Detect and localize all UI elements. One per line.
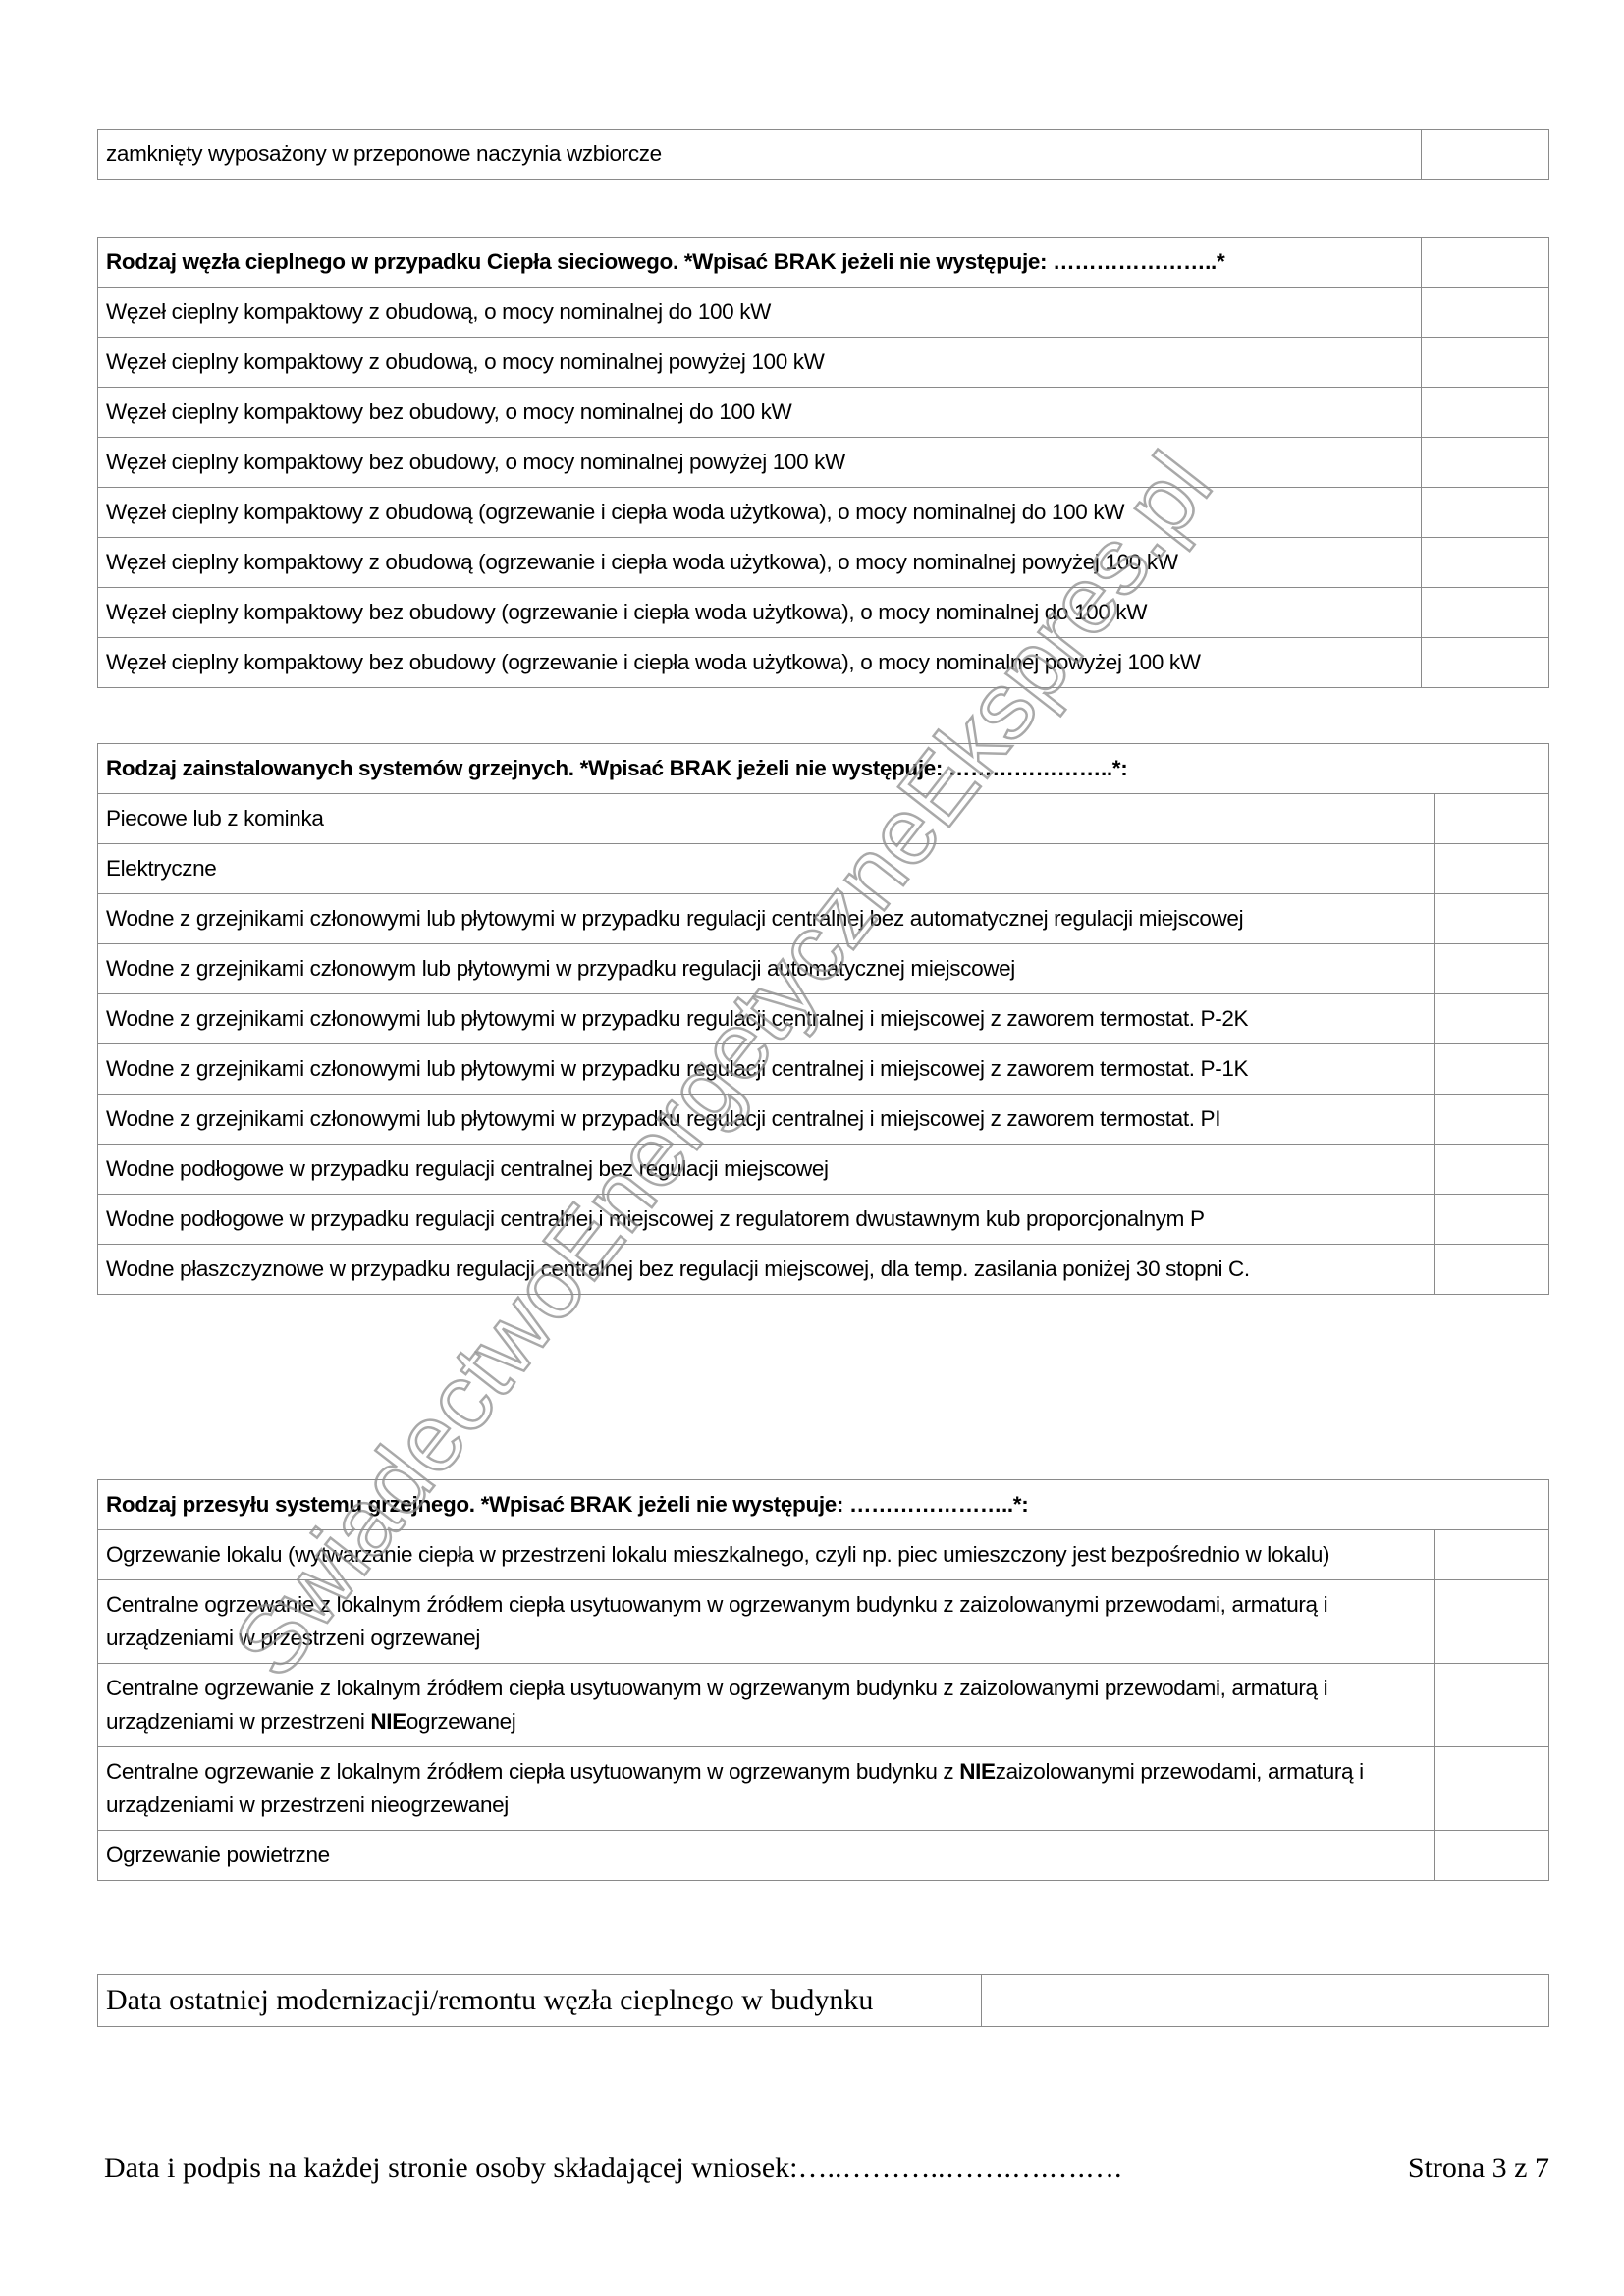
row-label: Wodne z grzejnikami członowymi lub płyto… bbox=[98, 894, 1435, 944]
heating-system-continuation-table: zamknięty wyposażony w przeponowe naczyn… bbox=[97, 129, 1549, 180]
row-input-cell[interactable] bbox=[1435, 1095, 1549, 1145]
row-label: Piecowe lub z kominka bbox=[98, 794, 1435, 844]
table-row: zamknięty wyposażony w przeponowe naczyn… bbox=[98, 130, 1549, 180]
row-label: Wodne podłogowe w przypadku regulacji ce… bbox=[98, 1195, 1435, 1245]
table-header: Rodzaj przesyłu systemu grzejnego. *Wpis… bbox=[98, 1480, 1549, 1530]
table-row: Data ostatniej modernizacji/remontu węzł… bbox=[98, 1975, 1549, 2027]
row-label: Wodne z grzejnikami członowym lub płytow… bbox=[98, 944, 1435, 994]
table-row: Wodne podłogowe w przypadku regulacji ce… bbox=[98, 1145, 1549, 1195]
row-label: Wodne podłogowe w przypadku regulacji ce… bbox=[98, 1145, 1435, 1195]
page-footer: Data i podpis na każdej stronie osoby sk… bbox=[104, 2152, 1549, 2185]
row-label: zamknięty wyposażony w przeponowe naczyn… bbox=[98, 130, 1422, 180]
table-row: Wodne płaszczyznowe w przypadku regulacj… bbox=[98, 1245, 1549, 1295]
row-input-cell[interactable] bbox=[1435, 894, 1549, 944]
row-input-cell[interactable] bbox=[1422, 288, 1549, 338]
table-row: Elektryczne bbox=[98, 844, 1549, 894]
row-input-cell[interactable] bbox=[1422, 638, 1549, 688]
row-label: Węzeł cieplny kompaktowy z obudową, o mo… bbox=[98, 338, 1422, 388]
row-input-cell[interactable] bbox=[1435, 944, 1549, 994]
row-label: Węzeł cieplny kompaktowy z obudową (ogrz… bbox=[98, 538, 1422, 588]
row-input-cell[interactable] bbox=[1435, 1245, 1549, 1295]
table-row: Wodne z grzejnikami członowym lub płytow… bbox=[98, 944, 1549, 994]
table-row: Ogrzewanie powietrzne bbox=[98, 1831, 1549, 1881]
modernization-date-field[interactable] bbox=[982, 1975, 1549, 2027]
row-label: Węzeł cieplny kompaktowy bez obudowy, o … bbox=[98, 438, 1422, 488]
row-input-cell[interactable] bbox=[1435, 1747, 1549, 1831]
table-row: Ogrzewanie lokalu (wytwarzanie ciepła w … bbox=[98, 1530, 1549, 1580]
row-label: Wodne z grzejnikami członowymi lub płyto… bbox=[98, 1044, 1435, 1095]
row-label: Węzeł cieplny kompaktowy bez obudowy (og… bbox=[98, 638, 1422, 688]
row-input-cell[interactable] bbox=[1422, 388, 1549, 438]
row-input-cell[interactable] bbox=[1435, 1195, 1549, 1245]
row-input-cell[interactable] bbox=[1435, 1044, 1549, 1095]
table-row: Węzeł cieplny kompaktowy bez obudowy (og… bbox=[98, 588, 1549, 638]
row-input-cell[interactable] bbox=[1435, 1664, 1549, 1747]
modernization-date-label: Data ostatniej modernizacji/remontu węzł… bbox=[98, 1975, 982, 2027]
row-label-after: ogrzewanej bbox=[406, 1709, 516, 1734]
row-input-cell[interactable] bbox=[1435, 1145, 1549, 1195]
row-label: Węzeł cieplny kompaktowy bez obudowy (og… bbox=[98, 588, 1422, 638]
row-label: Węzeł cieplny kompaktowy z obudową, o mo… bbox=[98, 288, 1422, 338]
table-row: Centralne ogrzewanie z lokalnym źródłem … bbox=[98, 1580, 1549, 1664]
row-input-cell[interactable] bbox=[1435, 1530, 1549, 1580]
row-input-cell[interactable] bbox=[1435, 844, 1549, 894]
row-input-cell[interactable] bbox=[1422, 438, 1549, 488]
row-input-cell[interactable] bbox=[1435, 1580, 1549, 1664]
header-input-cell[interactable] bbox=[1422, 238, 1549, 288]
table-row: Węzeł cieplny kompaktowy bez obudowy, o … bbox=[98, 388, 1549, 438]
table-row: Centralne ogrzewanie z lokalnym źródłem … bbox=[98, 1747, 1549, 1831]
row-input-cell[interactable] bbox=[1435, 1831, 1549, 1881]
table-header-row: Rodzaj przesyłu systemu grzejnego. *Wpis… bbox=[98, 1480, 1549, 1530]
table-row: Wodne z grzejnikami członowymi lub płyto… bbox=[98, 894, 1549, 944]
row-label: Centralne ogrzewanie z lokalnym źródłem … bbox=[98, 1580, 1435, 1664]
row-label: Węzeł cieplny kompaktowy z obudową (ogrz… bbox=[98, 488, 1422, 538]
modernization-date-table: Data ostatniej modernizacji/remontu węzł… bbox=[97, 1974, 1549, 2027]
signature-line[interactable]: Data i podpis na każdej stronie osoby sk… bbox=[104, 2152, 1121, 2185]
table-row: Piecowe lub z kominka bbox=[98, 794, 1549, 844]
row-label: Ogrzewanie powietrzne bbox=[98, 1831, 1435, 1881]
row-input-cell[interactable] bbox=[1422, 588, 1549, 638]
row-label-emphasis: NIE bbox=[370, 1709, 406, 1734]
table-row: Węzeł cieplny kompaktowy z obudową (ogrz… bbox=[98, 538, 1549, 588]
table-row: Wodne z grzejnikami członowymi lub płyto… bbox=[98, 1095, 1549, 1145]
table-row: Centralne ogrzewanie z lokalnym źródłem … bbox=[98, 1664, 1549, 1747]
row-input-cell[interactable] bbox=[1422, 488, 1549, 538]
row-input-cell[interactable] bbox=[1422, 338, 1549, 388]
row-input-cell[interactable] bbox=[1435, 794, 1549, 844]
row-label: Centralne ogrzewanie z lokalnym źródłem … bbox=[98, 1664, 1435, 1747]
row-label-before: Centralne ogrzewanie z lokalnym źródłem … bbox=[106, 1759, 959, 1784]
table-row: Węzeł cieplny kompaktowy z obudową, o mo… bbox=[98, 338, 1549, 388]
table-header: Rodzaj węzła cieplnego w przypadku Ciepł… bbox=[98, 238, 1422, 288]
row-label: Wodne z grzejnikami członowymi lub płyto… bbox=[98, 1095, 1435, 1145]
row-label: Wodne z grzejnikami członowymi lub płyto… bbox=[98, 994, 1435, 1044]
row-label: Wodne płaszczyznowe w przypadku regulacj… bbox=[98, 1245, 1435, 1295]
heat-transfer-table: Rodzaj przesyłu systemu grzejnego. *Wpis… bbox=[97, 1479, 1549, 1881]
heating-systems-table: Rodzaj zainstalowanych systemów grzejnyc… bbox=[97, 743, 1549, 1295]
row-label: Węzeł cieplny kompaktowy bez obudowy, o … bbox=[98, 388, 1422, 438]
table-header-row: Rodzaj zainstalowanych systemów grzejnyc… bbox=[98, 744, 1549, 794]
table-row: Węzeł cieplny kompaktowy z obudową, o mo… bbox=[98, 288, 1549, 338]
row-label-before: Centralne ogrzewanie z lokalnym źródłem … bbox=[106, 1676, 1327, 1734]
heat-node-type-table: Rodzaj węzła cieplnego w przypadku Ciepł… bbox=[97, 237, 1549, 688]
row-input-cell[interactable] bbox=[1435, 994, 1549, 1044]
row-input-cell[interactable] bbox=[1422, 538, 1549, 588]
row-label: Elektryczne bbox=[98, 844, 1435, 894]
page-number: Strona 3 z 7 bbox=[1408, 2152, 1549, 2185]
table-row: Wodne podłogowe w przypadku regulacji ce… bbox=[98, 1195, 1549, 1245]
table-header: Rodzaj zainstalowanych systemów grzejnyc… bbox=[98, 744, 1549, 794]
table-row: Węzeł cieplny kompaktowy bez obudowy (og… bbox=[98, 638, 1549, 688]
table-row: Węzeł cieplny kompaktowy z obudową (ogrz… bbox=[98, 488, 1549, 538]
row-input-cell[interactable] bbox=[1422, 130, 1549, 180]
row-label: Centralne ogrzewanie z lokalnym źródłem … bbox=[98, 1747, 1435, 1831]
document-page: zamknięty wyposażony w przeponowe naczyn… bbox=[0, 0, 1624, 2296]
table-row: Wodne z grzejnikami członowymi lub płyto… bbox=[98, 994, 1549, 1044]
row-label: Ogrzewanie lokalu (wytwarzanie ciepła w … bbox=[98, 1530, 1435, 1580]
table-row: Węzeł cieplny kompaktowy bez obudowy, o … bbox=[98, 438, 1549, 488]
table-header-row: Rodzaj węzła cieplnego w przypadku Ciepł… bbox=[98, 238, 1549, 288]
table-row: Wodne z grzejnikami członowymi lub płyto… bbox=[98, 1044, 1549, 1095]
row-label-emphasis: NIE bbox=[959, 1759, 995, 1784]
